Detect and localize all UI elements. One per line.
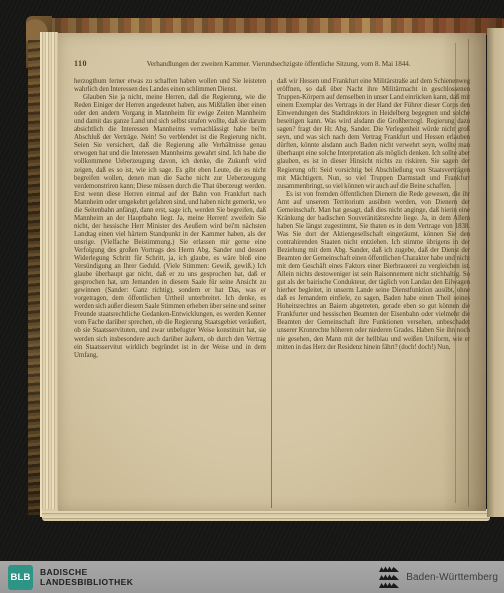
viewer-stage: 110 Verhandlungen der zweiten Kammer. Vi… bbox=[0, 0, 504, 593]
paragraph: herzogthum ferner etwas zu schaffen habe… bbox=[74, 78, 266, 94]
running-header: Verhandlungen der zweiten Kammer. Vierun… bbox=[87, 60, 470, 68]
library-name-line2: LANDESBIBLIOTHEK bbox=[40, 577, 133, 588]
column-divider-rule bbox=[271, 80, 272, 508]
page-header: 110 Verhandlungen der zweiten Kammer. Vi… bbox=[74, 59, 470, 71]
state-name-label: Baden-Württemberg bbox=[406, 572, 498, 583]
library-name: BADISCHE LANDESBIBLIOTHEK bbox=[40, 567, 133, 588]
blb-logo-icon: BLB bbox=[8, 565, 33, 590]
library-name-line1: BADISCHE bbox=[40, 567, 133, 578]
baden-wuerttemberg-logo-link[interactable]: Baden-Württemberg bbox=[379, 566, 498, 588]
photo-backdrop: 110 Verhandlungen der zweiten Kammer. Vi… bbox=[0, 0, 504, 561]
antlers-coat-of-arms-icon bbox=[379, 566, 399, 588]
page-number: 110 bbox=[74, 59, 87, 68]
book-page-edges-left bbox=[40, 32, 58, 517]
paragraph: Es ist von fremden öffentlichen Dienern … bbox=[277, 191, 470, 352]
paragraph: daß wir Hessen und Frankfurt eine Militä… bbox=[277, 78, 470, 191]
book-spine-edge bbox=[28, 40, 40, 515]
blb-logo-link[interactable]: BLB BADISCHE LANDESBIBLIOTHEK bbox=[8, 565, 133, 590]
facing-page-sliver bbox=[487, 28, 504, 517]
library-footer-bar: BLB BADISCHE LANDESBIBLIOTHEK Baden-Würt… bbox=[0, 561, 504, 593]
paragraph: Glauben Sie ja nicht, meine Herren, daß … bbox=[74, 94, 266, 360]
text-column-left: herzogthum ferner etwas zu schaffen habe… bbox=[74, 78, 266, 510]
blb-acronym: BLB bbox=[10, 572, 30, 583]
text-column-right: daß wir Hessen und Frankfurt eine Militä… bbox=[277, 78, 470, 510]
page-text-area: herzogthum ferner etwas zu schaffen habe… bbox=[74, 78, 470, 512]
